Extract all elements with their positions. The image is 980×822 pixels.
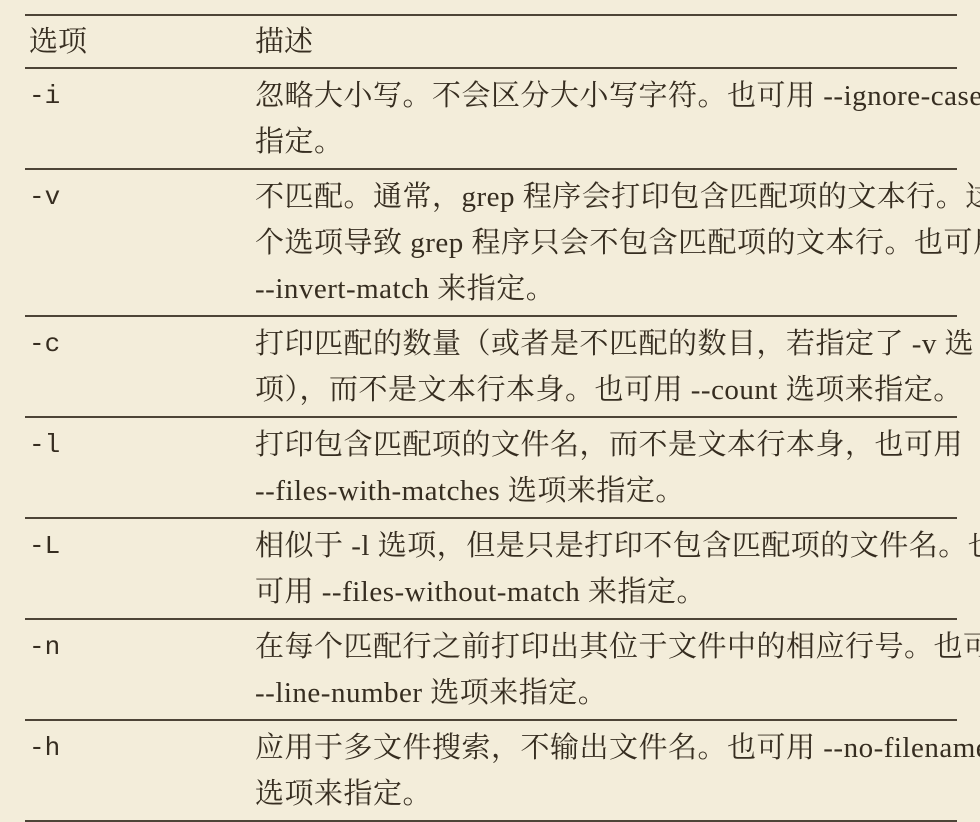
- grep-options-table: 选项 描述 -i 忽略大小写。不会区分大小写字符。也可用 --ignore-ca…: [25, 14, 957, 822]
- table-row-i: -i 忽略大小写。不会区分大小写字符。也可用 --ignore-case 来 指…: [25, 69, 957, 170]
- table-row-n: -n 在每个匹配行之前打印出其位于文件中的相应行号。也可用 --line-num…: [25, 620, 957, 721]
- table-row-v: -v 不匹配。通常，grep 程序会打印包含匹配项的文本行。这 个选项导致 gr…: [25, 170, 957, 317]
- description-line: 在每个匹配行之前打印出其位于文件中的相应行号。也可用: [255, 624, 980, 670]
- option-cell: -n: [25, 624, 255, 716]
- column-header-description: 描述: [255, 20, 957, 64]
- description-line: 应用于多文件搜索，不输出文件名。也可用 --no-filename: [255, 725, 980, 771]
- option-cell: -c: [25, 321, 255, 413]
- description-cell: 应用于多文件搜索，不输出文件名。也可用 --no-filename 选项来指定。: [255, 725, 980, 817]
- table-row-L: -L 相似于 -l 选项，但是只是打印不包含匹配项的文件名。也 可用 --fil…: [25, 519, 957, 620]
- description-line: --invert-match 来指定。: [255, 266, 980, 312]
- table-header-row: 选项 描述: [25, 16, 957, 69]
- option-cell: -L: [25, 523, 255, 615]
- description-line: 个选项导致 grep 程序只会不包含匹配项的文本行。也可用: [255, 220, 980, 266]
- table-row-l: -l 打印包含匹配项的文件名，而不是文本行本身，也可用 --files-with…: [25, 418, 957, 519]
- option-cell: -i: [25, 73, 255, 165]
- description-line: --line-number 选项来指定。: [255, 670, 980, 716]
- description-line: 打印匹配的数量（或者是不匹配的数目，若指定了 -v 选: [255, 321, 974, 367]
- description-cell: 打印包含匹配项的文件名，而不是文本行本身，也可用 --files-with-ma…: [255, 422, 963, 514]
- description-cell: 忽略大小写。不会区分大小写字符。也可用 --ignore-case 来 指定。: [255, 73, 980, 165]
- description-line: 可用 --files-without-match 来指定。: [255, 569, 980, 615]
- description-line: 指定。: [255, 119, 980, 165]
- option-cell: -v: [25, 174, 255, 312]
- description-line: 相似于 -l 选项，但是只是打印不包含匹配项的文件名。也: [255, 523, 980, 569]
- description-cell: 相似于 -l 选项，但是只是打印不包含匹配项的文件名。也 可用 --files-…: [255, 523, 980, 615]
- description-line: --files-with-matches 选项来指定。: [255, 468, 963, 514]
- description-line: 不匹配。通常，grep 程序会打印包含匹配项的文本行。这: [255, 174, 980, 220]
- option-cell: -h: [25, 725, 255, 817]
- column-header-option: 选项: [25, 20, 255, 64]
- table-row-h: -h 应用于多文件搜索，不输出文件名。也可用 --no-filename 选项来…: [25, 721, 957, 822]
- description-line: 选项来指定。: [255, 771, 980, 817]
- description-line: 项），而不是文本行本身。也可用 --count 选项来指定。: [255, 367, 974, 413]
- table-row-c: -c 打印匹配的数量（或者是不匹配的数目，若指定了 -v 选 项），而不是文本行…: [25, 317, 957, 418]
- book-page: 选项 描述 -i 忽略大小写。不会区分大小写字符。也可用 --ignore-ca…: [0, 0, 980, 822]
- option-cell: -l: [25, 422, 255, 514]
- description-cell: 在每个匹配行之前打印出其位于文件中的相应行号。也可用 --line-number…: [255, 624, 980, 716]
- description-cell: 不匹配。通常，grep 程序会打印包含匹配项的文本行。这 个选项导致 grep …: [255, 174, 980, 312]
- description-line: 忽略大小写。不会区分大小写字符。也可用 --ignore-case 来: [255, 73, 980, 119]
- description-cell: 打印匹配的数量（或者是不匹配的数目，若指定了 -v 选 项），而不是文本行本身。…: [255, 321, 974, 413]
- description-line: 打印包含匹配项的文件名，而不是文本行本身，也可用: [255, 422, 963, 468]
